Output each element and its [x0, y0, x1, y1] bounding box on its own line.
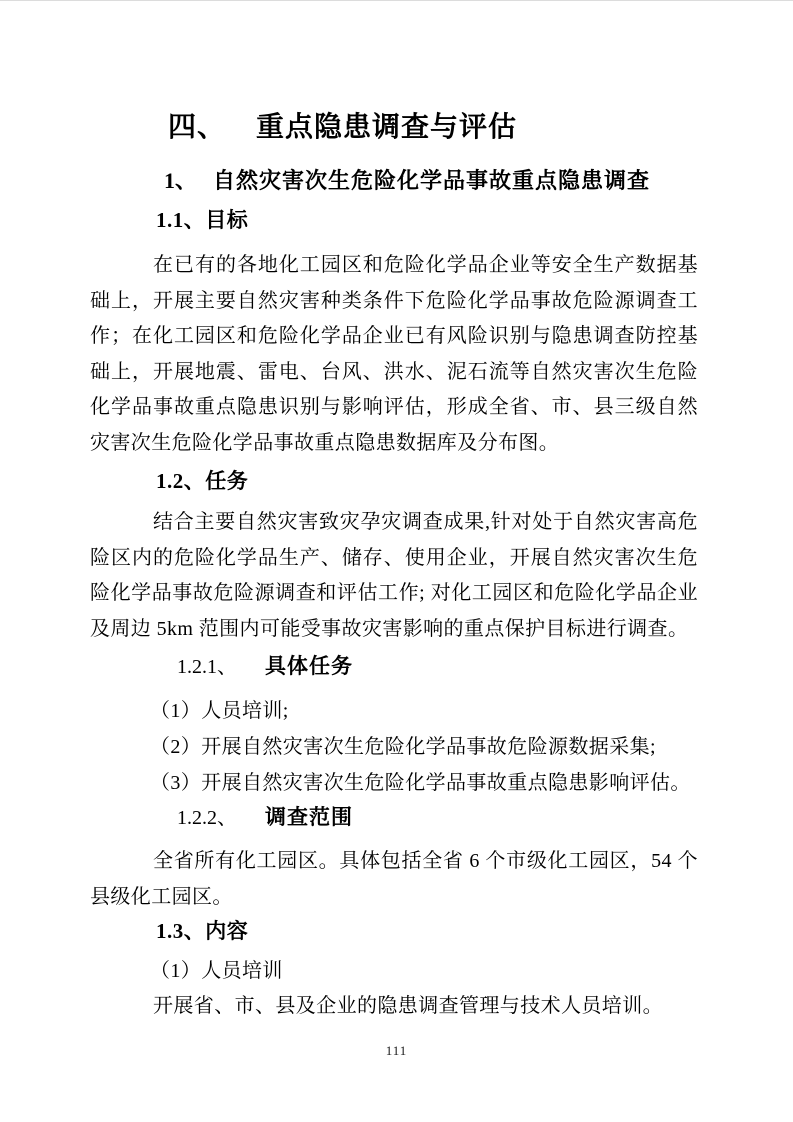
section-number: 1、	[164, 168, 197, 193]
scope-paragraph: 全省所有化工园区。具体包括全省 6 个市级化工园区，54 个县级化工园区。	[90, 844, 698, 915]
specific-tasks-heading: 1.2.1、具体任务	[177, 655, 698, 679]
goal-heading-number: 1.1、	[156, 208, 205, 232]
task-heading-title: 任务	[205, 469, 248, 493]
section-heading: 1、自然灾害次生危险化学品事故重点隐患调查	[164, 168, 698, 194]
chapter-heading: 四、重点隐患调查与评估	[168, 112, 698, 142]
scope-heading: 1.2.2、调查范围	[177, 806, 698, 830]
task-item-3: （3）开展自然灾害次生危险化学品事故重点隐患影响评估。	[90, 765, 698, 801]
section-title: 自然灾害次生危险化学品事故重点隐患调查	[213, 168, 650, 193]
task-item-1: （1）人员培训;	[90, 693, 698, 729]
goal-heading-title: 目标	[205, 208, 248, 232]
task-item-2: （2）开展自然灾害次生危险化学品事故危险源数据采集;	[90, 729, 698, 765]
content-heading-title: 内容	[205, 919, 248, 943]
task-heading-number: 1.2、	[156, 469, 205, 493]
chapter-number: 四、	[168, 111, 226, 142]
content-paragraph: 开展省、市、县及企业的隐患调查管理与技术人员培训。	[90, 989, 698, 1025]
document-page: 四、重点隐患调查与评估 1、自然灾害次生危险化学品事故重点隐患调查 1.1、目标…	[0, 0, 793, 1122]
task-heading: 1.2、任务	[156, 469, 698, 493]
goal-paragraph: 在已有的各地化工园区和危险化学品企业等安全生产数据基础上，开展主要自然灾害种类条…	[90, 248, 698, 461]
content-item: （1）人员培训	[90, 953, 698, 989]
page-number: 111	[386, 1043, 408, 1058]
page-footer: 111	[0, 1043, 793, 1059]
specific-tasks-heading-number: 1.2.1、	[177, 656, 237, 678]
scope-heading-title: 调查范围	[265, 806, 353, 829]
content-heading: 1.3、内容	[156, 919, 698, 943]
specific-tasks-heading-title: 具体任务	[265, 655, 353, 678]
scope-heading-number: 1.2.2、	[177, 807, 237, 829]
goal-heading: 1.1、目标	[156, 208, 698, 232]
task-paragraph: 结合主要自然灾害致灾孕灾调查成果,针对处于自然灾害高危险区内的危险化学品生产、储…	[90, 505, 698, 647]
chapter-title: 重点隐患调查与评估	[256, 111, 517, 142]
content-heading-number: 1.3、	[156, 919, 205, 943]
